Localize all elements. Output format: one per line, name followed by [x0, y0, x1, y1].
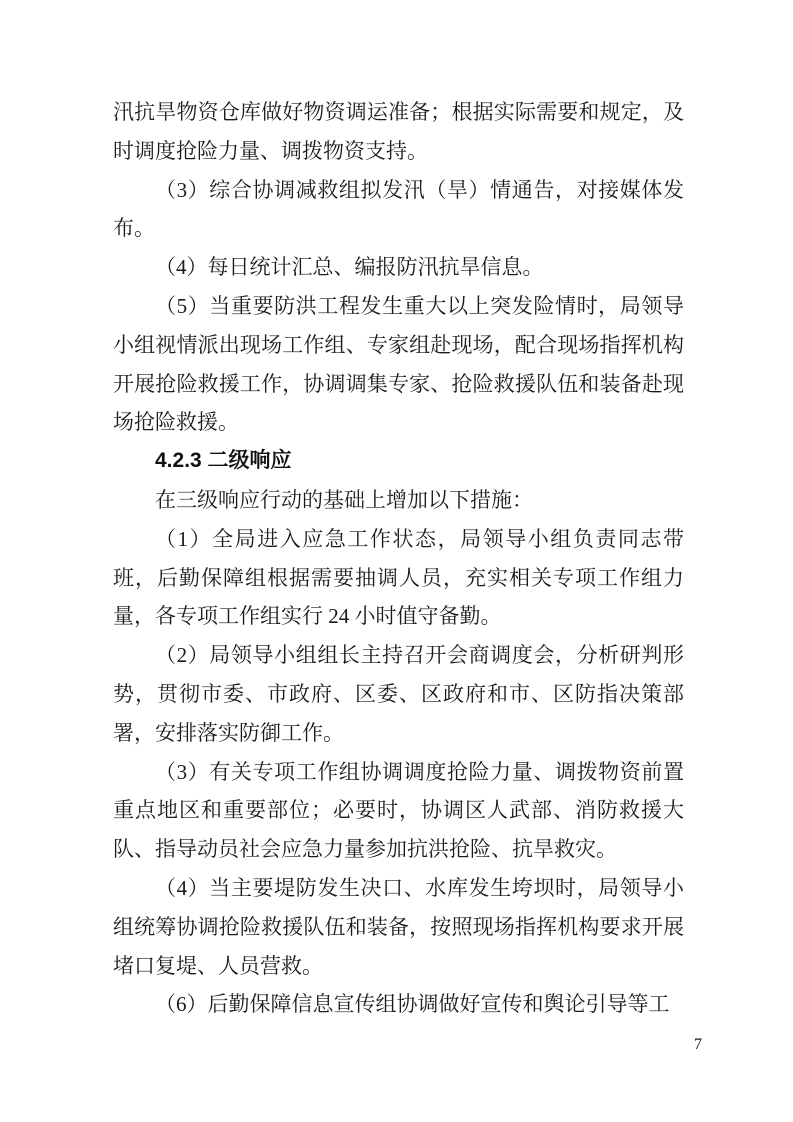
document-body: 汛抗旱物资仓库做好物资调运准备；根据实际需要和规定，及时调度抢险力量、调拨物资支… — [113, 93, 684, 1024]
paragraph-item-2: （2）局领导小组组长主持召开会商调度会，分析研判形势，贯彻市委、市政府、区委、区… — [113, 636, 684, 752]
paragraph-item-6: （6）后勤保障信息宣传组协调做好宣传和舆论引导等工 — [113, 985, 684, 1024]
document-page: 汛抗旱物资仓库做好物资调运准备；根据实际需要和规定，及时调度抢险力量、调拨物资支… — [0, 0, 793, 1122]
paragraph-intro: 在三级响应行动的基础上增加以下措施： — [113, 481, 684, 520]
paragraph-item-1: （1）全局进入应急工作状态，局领导小组负责同志带班，后勤保障组根据需要抽调人员，… — [113, 520, 684, 636]
paragraph-continuation: 汛抗旱物资仓库做好物资调运准备；根据实际需要和规定，及时调度抢险力量、调拨物资支… — [113, 93, 684, 171]
page-number: 7 — [688, 1036, 708, 1054]
paragraph-item-4: （4）每日统计汇总、编报防汛抗旱信息。 — [113, 248, 684, 287]
paragraph-item-3b: （3）有关专项工作组协调调度抢险力量、调拨物资前置重点地区和重要部位；必要时，协… — [113, 753, 684, 869]
section-heading-4-2-3: 4.2.3 二级响应 — [113, 442, 684, 481]
paragraph-item-3: （3）综合协调减救组拟发汛（旱）情通告，对接媒体发布。 — [113, 171, 684, 249]
paragraph-item-5: （5）当重要防洪工程发生重大以上突发险情时，局领导小组视情派出现场工作组、专家组… — [113, 287, 684, 442]
paragraph-item-4b: （4）当主要堤防发生决口、水库发生垮坝时，局领导小组统筹协调抢险救援队伍和装备，… — [113, 869, 684, 985]
